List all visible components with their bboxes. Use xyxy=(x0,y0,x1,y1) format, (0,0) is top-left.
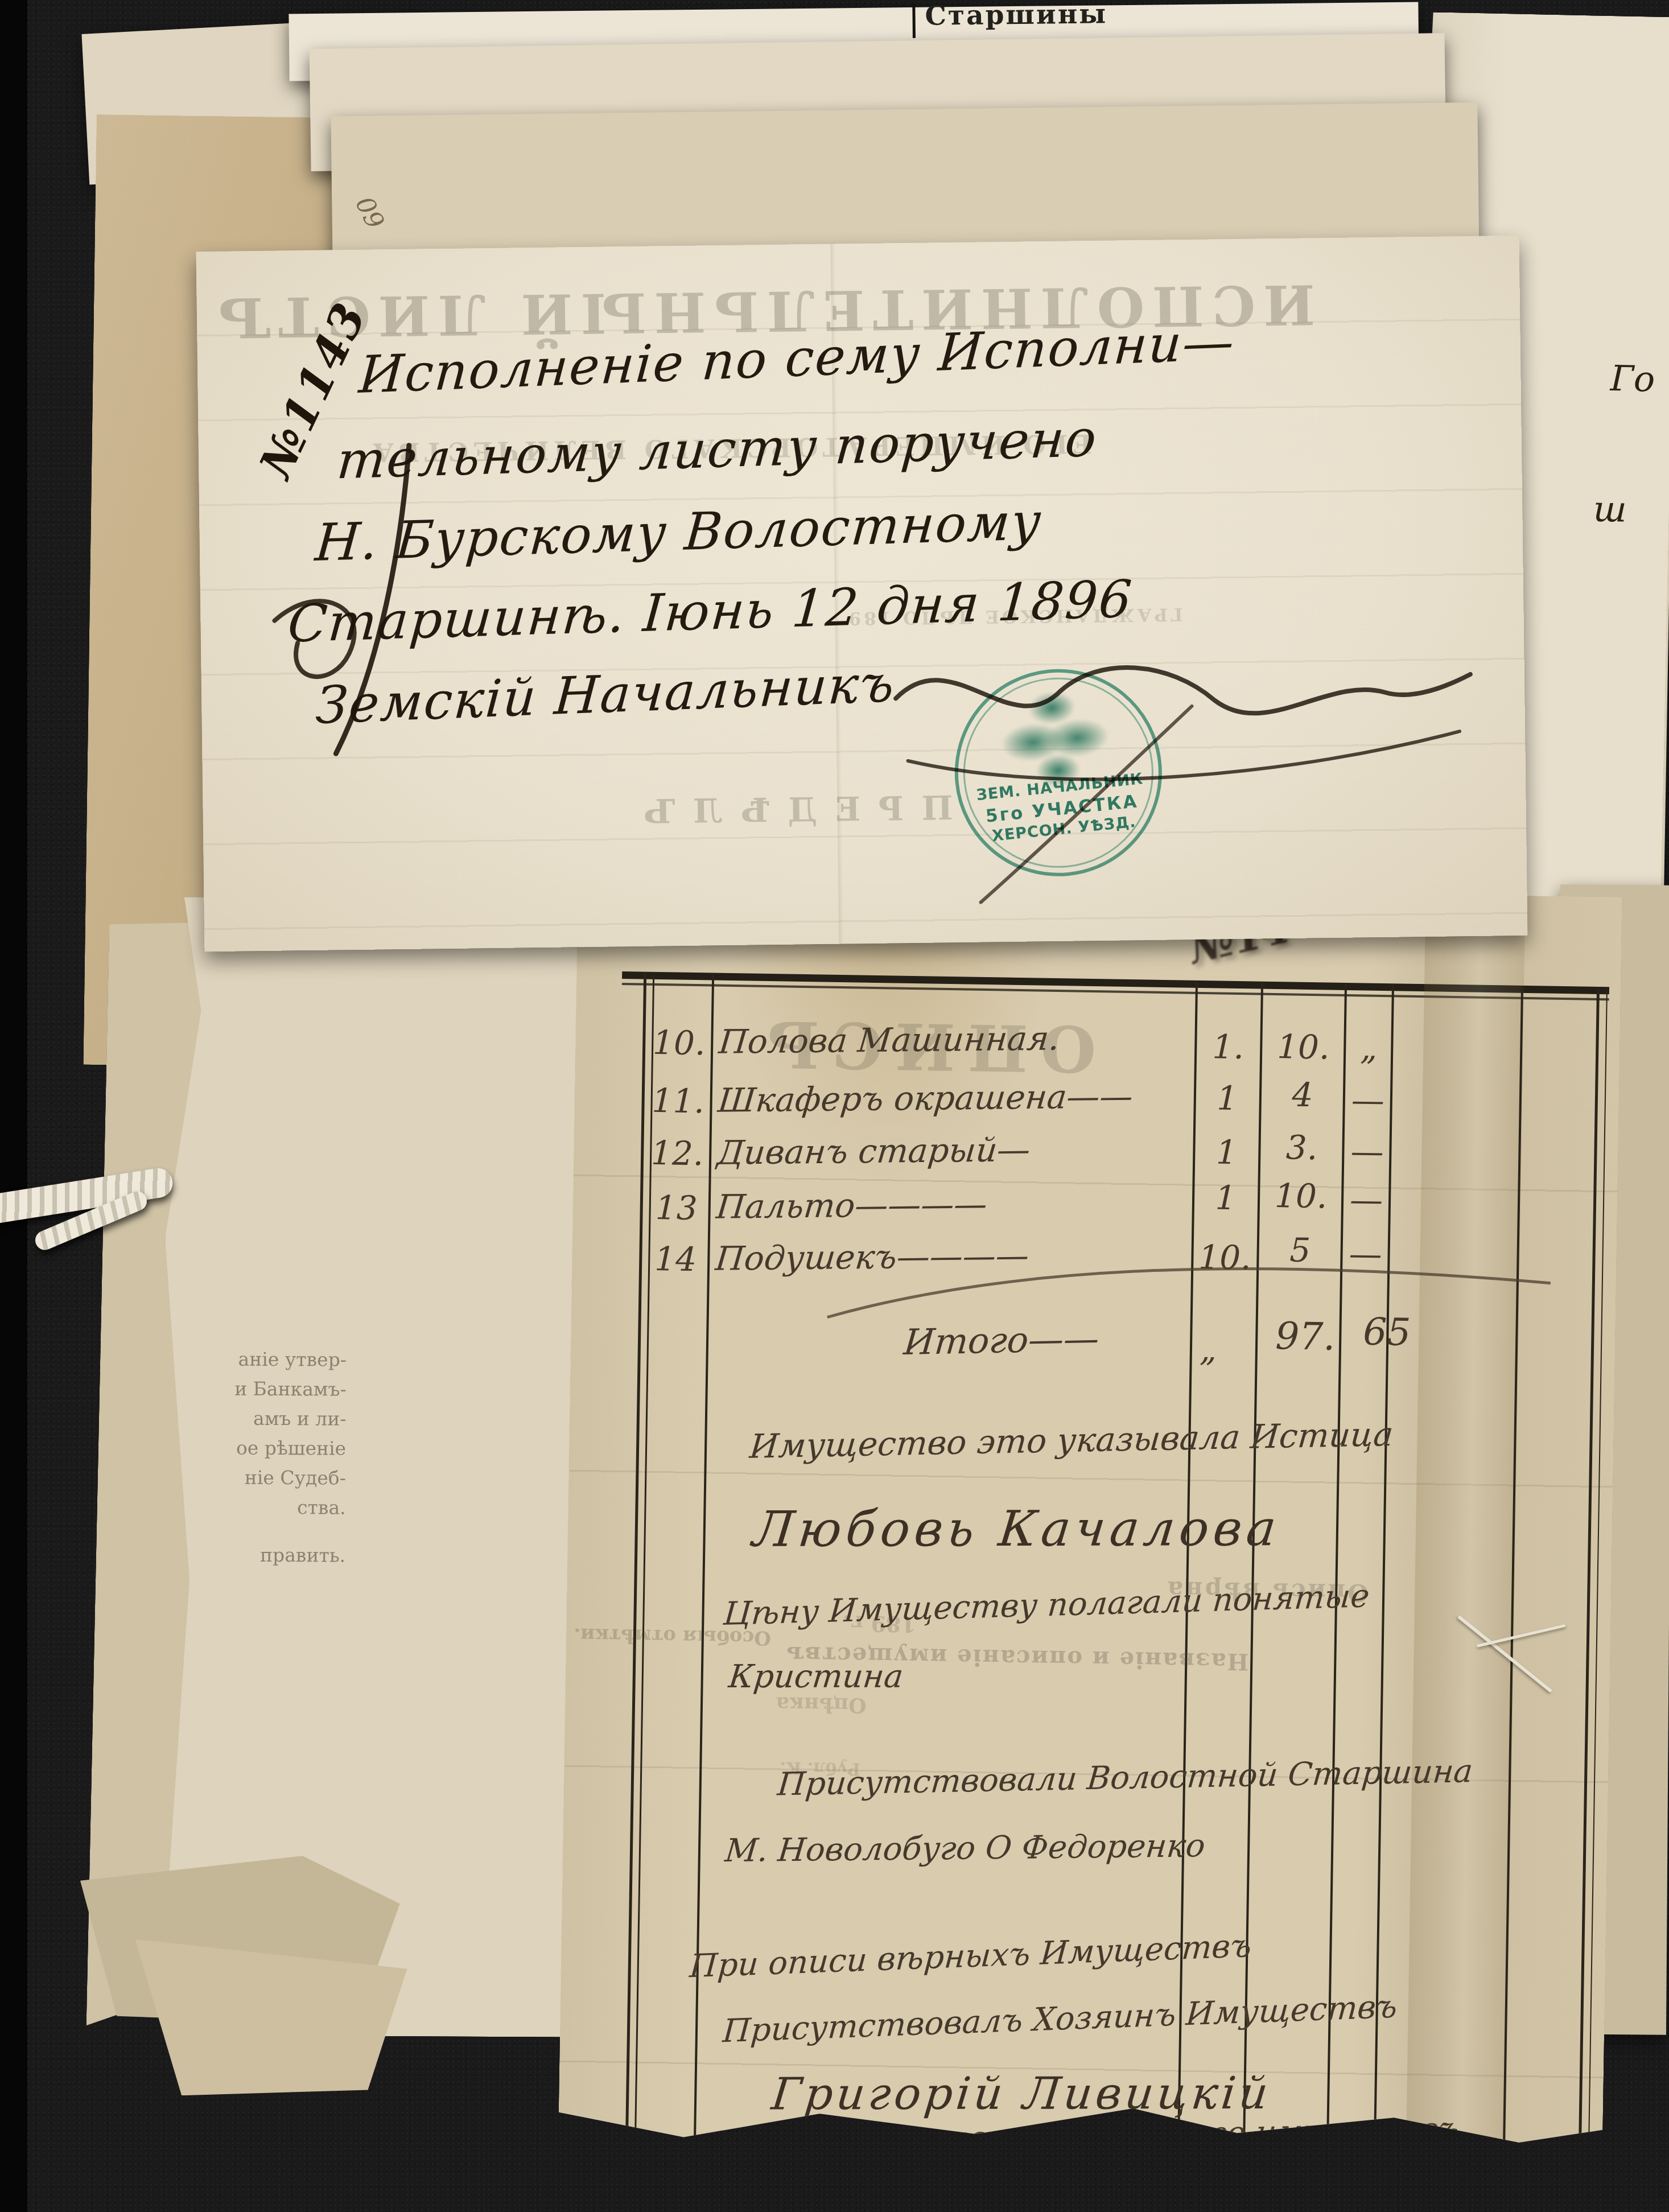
row-number: 11. xyxy=(647,1081,709,1121)
note-line: Кристина xyxy=(727,1658,905,1696)
writ-of-execution-document: ИСПОЛНИТЕЛЬНЫЙ ЛИСТЪ ЕГО ИМПЕРАТОРСКАГО … xyxy=(196,236,1528,951)
row-item: Диванъ старый— xyxy=(715,1130,1032,1172)
total-rubles: 97. xyxy=(1275,1314,1336,1359)
printed-fragment: ое рѣшеніе xyxy=(198,1435,346,1461)
row-rub: 3. xyxy=(1261,1128,1342,1168)
row-rub: 10. xyxy=(1260,1176,1342,1216)
row-kop: — xyxy=(1345,1132,1389,1171)
row-qty: 1 xyxy=(1195,1132,1258,1172)
printed-fragment: амъ и ли- xyxy=(198,1406,346,1431)
margin-handwriting-mark: 09 xyxy=(349,192,390,234)
note-line: Имущество это указывала Истица xyxy=(748,1415,1395,1466)
row-kop: — xyxy=(1345,1180,1388,1220)
table-border-right-outer xyxy=(1578,988,1600,2174)
row-qty: 1. xyxy=(1197,1027,1260,1067)
handwriting-fragment: ш xyxy=(1593,488,1627,530)
row-kop: „ xyxy=(1347,1028,1391,1068)
handwriting-fragment: Го xyxy=(1610,357,1655,400)
note-owner-name: Григорій Ливицкій xyxy=(769,2068,1274,2120)
note-line: Присутствовалъ Хозяинъ Имуществъ xyxy=(722,1988,1398,2050)
note-claimant-name: Любовь Качалова xyxy=(750,1500,1283,1558)
printed-fragment: править. xyxy=(197,1542,345,1568)
total-label: Итого—— xyxy=(902,1317,1101,1363)
ghost-column-value: Оцѣнка xyxy=(753,1692,890,1718)
printed-fragment-starshiny: Старшины xyxy=(925,0,1107,32)
row-qty: 1 xyxy=(1196,1078,1259,1118)
row-item: Полова Машинная. xyxy=(717,1019,1061,1061)
row-number: 12. xyxy=(646,1134,708,1173)
printed-fragment: ства. xyxy=(198,1494,346,1520)
table-border-right-inner xyxy=(1588,988,1608,2174)
row-rub: 4 xyxy=(1262,1075,1343,1115)
ghost-column-header: Названіе и описаніе имуществъ xyxy=(850,1642,1249,1675)
row-number: 13 xyxy=(645,1188,707,1228)
note-witness-names: М. Новолобуго О Федоренко xyxy=(723,1827,1206,1869)
row-rub: 10. xyxy=(1263,1027,1344,1067)
row-number: 10. xyxy=(648,1023,710,1063)
row-item: Шкаферъ окрашена—— xyxy=(716,1077,1135,1120)
total-kopecks: 65 xyxy=(1363,1310,1411,1354)
total-mark: „ xyxy=(1199,1330,1217,1369)
case-number-flourish xyxy=(233,436,487,769)
row-qty: 1 xyxy=(1194,1178,1258,1218)
row-number: 14 xyxy=(645,1239,707,1279)
row-item: Пальто———— xyxy=(715,1185,989,1226)
note-line: Цѣну Имуществу полагали понятые xyxy=(722,1577,1371,1633)
printed-fragment: ніе Судеб- xyxy=(198,1465,346,1490)
printed-fragment: аніе утвер- xyxy=(199,1346,347,1372)
printed-rule xyxy=(912,3,916,38)
torn-paper-piece xyxy=(127,1939,407,2107)
background-edge xyxy=(0,0,27,2212)
archival-documents-photo: Го ш Старшины 09 аніе утвер- и Банкамъ- … xyxy=(0,0,1669,2212)
row-kop: — xyxy=(1346,1081,1390,1120)
note-line: При описи вѣрныхъ Имуществъ xyxy=(689,1927,1253,1985)
inventory-form-document: №14 ОПИСЬ Опись вѣрна 189 г. Названіе и … xyxy=(558,881,1622,2175)
printed-text-fragments: аніе утвер- и Банкамъ- амъ и ли- ое рѣше… xyxy=(197,1346,347,1572)
printed-fragment: и Банкамъ- xyxy=(199,1376,347,1402)
